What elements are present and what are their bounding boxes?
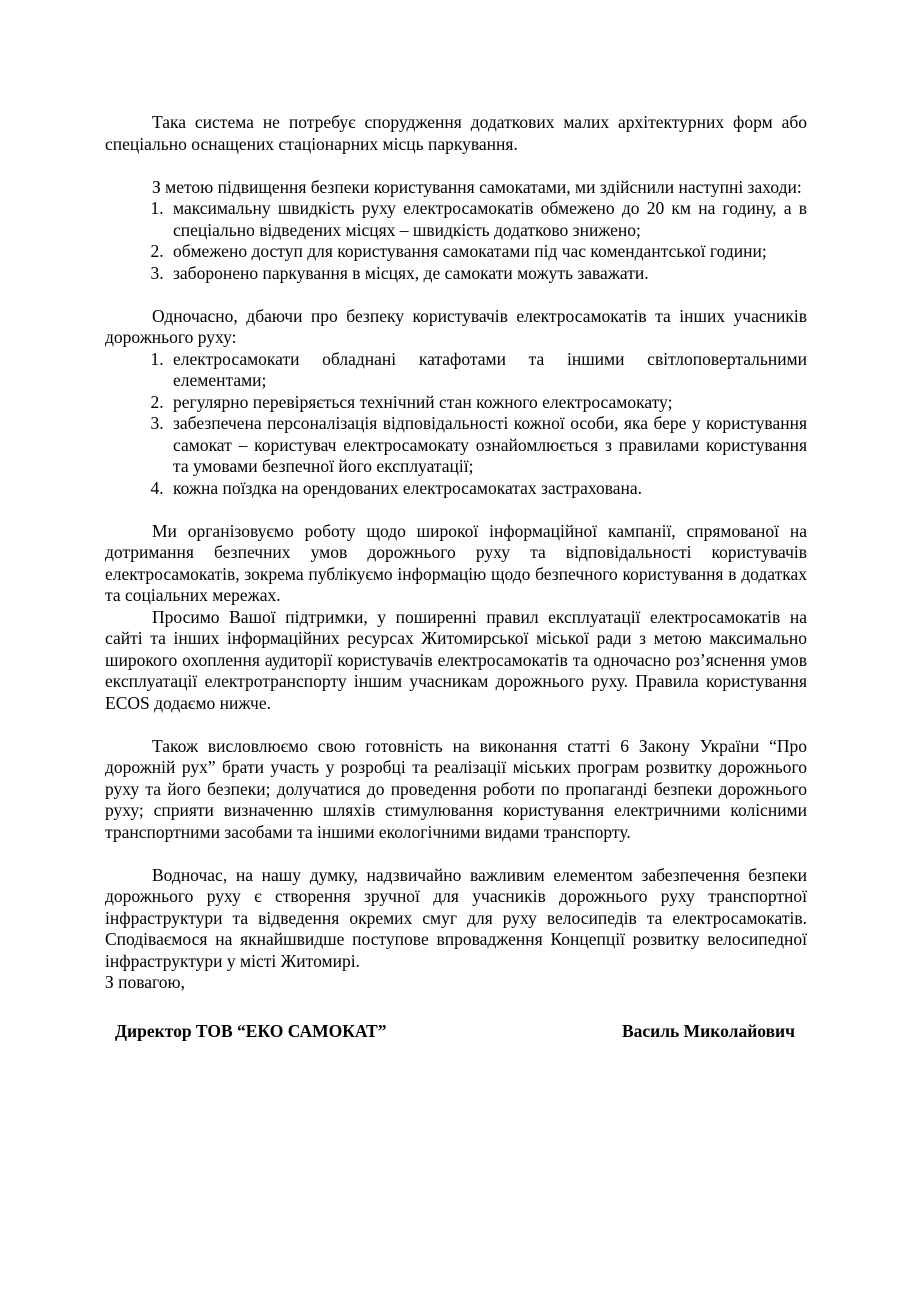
signature-title: Директор ТОВ “ЕКО САМОКАТ”	[105, 1021, 386, 1043]
safety-list-item-2: регулярно перевіряється технічний стан к…	[168, 392, 807, 414]
letter-body: Така система не потребує спорудження дод…	[105, 112, 807, 1042]
document-page: Така система не потребує спорудження дод…	[0, 0, 920, 1300]
paragraph-infrastructure: Водночас, на нашу думку, надзвичайно важ…	[105, 865, 807, 973]
safety-list-item-3: забезпечена персоналізація відповідально…	[168, 413, 807, 478]
paragraph-cooperation: Також висловлюємо свою готовність на вик…	[105, 736, 807, 844]
paragraph-measures-intro: З метою підвищення безпеки користування …	[105, 177, 807, 199]
signature-name: Василь Миколайович	[622, 1021, 807, 1043]
paragraph-support-request: Просимо Вашої підтримки, у поширенні пра…	[105, 607, 807, 715]
safety-list-item-1: електросамокати обладнані катафотами та …	[168, 349, 807, 392]
paragraph-safety-intro: Одночасно, дбаючи про безпеку користувач…	[105, 306, 807, 349]
safety-list-item-4: кожна поїздка на орендованих електросамо…	[168, 478, 807, 500]
measures-list-item-1: максимальну швидкість руху електросамока…	[168, 198, 807, 241]
closing-salutation: З повагою,	[105, 972, 807, 994]
measures-list-item-2: обмежено доступ для користування самокат…	[168, 241, 807, 263]
paragraph-system: Така система не потребує спорудження дод…	[105, 112, 807, 155]
measures-list-item-3: заборонено паркування в місцях, де самок…	[168, 263, 807, 285]
signature-row: Директор ТОВ “ЕКО САМОКАТ” Василь Микола…	[105, 1021, 807, 1043]
paragraph-campaign: Ми організовуємо роботу щодо широкої інф…	[105, 521, 807, 607]
measures-list: максимальну швидкість руху електросамока…	[105, 198, 807, 284]
safety-list: електросамокати обладнані катафотами та …	[105, 349, 807, 500]
